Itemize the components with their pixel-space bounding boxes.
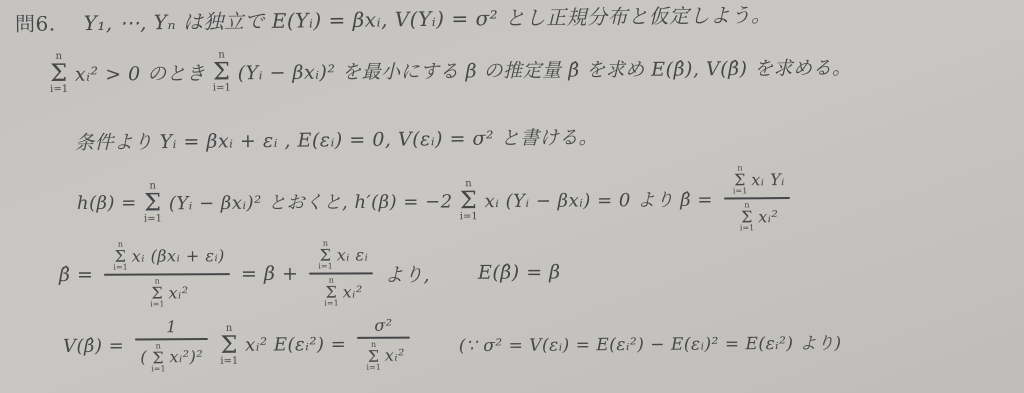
problem-number-label: 問6. (12, 7, 59, 37)
fraction-denominator: ( n Σ i=1 xᵢ² )² (135, 341, 208, 375)
denominator-text: xᵢ² (168, 284, 188, 302)
sigma-symbol: Σ (368, 348, 380, 363)
fraction-numerator: 1 (161, 317, 182, 337)
expansion-fraction: n Σ i=1 xᵢ (βxᵢ + εᵢ) n Σ i=1 xᵢ² (104, 239, 230, 310)
denominator-text: xᵢ² (343, 283, 363, 301)
variance-result-fraction: σ² n Σ i=1 xᵢ² (357, 316, 410, 373)
sum-lower-limit: i=1 (150, 301, 164, 309)
expectation-result-text: E(β̂) = β (475, 262, 564, 284)
numerator-text: σ² (374, 317, 392, 335)
model-assumption-text: 条件より Yᵢ = βxᵢ + εᵢ , E(εᵢ) = 0, V(εᵢ) = … (72, 122, 601, 155)
summation-operator: n Σ i=1 (459, 179, 477, 222)
denominator-text: xᵢ² (169, 348, 189, 366)
beta-plus-text: = β + (238, 263, 302, 285)
paren-open: ( (140, 349, 147, 367)
error-term-fraction: n Σ i=1 xᵢ εᵢ n Σ i=1 xᵢ² (309, 238, 373, 309)
sum-lower-limit: i=1 (366, 364, 380, 372)
beta-hat-equals-text: β̂ = (56, 264, 97, 286)
numerator-text: 1 (166, 318, 177, 336)
sum-lower-limit: i=1 (220, 357, 238, 367)
summation-operator: n Σ i=1 (151, 342, 166, 373)
fraction-denominator: n Σ i=1 xᵢ² (315, 276, 368, 309)
fraction-denominator: n Σ i=1 xᵢ² (731, 200, 784, 234)
sum-lower-limit: i=1 (324, 300, 338, 308)
problem-condition-line: n Σ i=1 xᵢ² > 0 のとき n Σ i=1 (Yᵢ − βxᵢ)² … (46, 45, 855, 95)
variance-middle-text: xᵢ² E(εᵢ²) = (242, 334, 349, 356)
fraction-numerator: n Σ i=1 xᵢ Yᵢ (724, 163, 790, 197)
sum-lower-limit: i=1 (144, 214, 162, 224)
problem-statement-line: 問6. Y₁, ⋯, Yₙ は独立で E(Yᵢ) = βxᵢ, V(Yᵢ) = … (12, 0, 775, 37)
model-assumption-line: 条件より Yᵢ = βxᵢ + εᵢ , E(εᵢ) = 0, V(εᵢ) = … (72, 122, 601, 155)
summation-operator: n Σ i=1 (740, 201, 755, 232)
fraction-numerator: n Σ i=1 xᵢ (βxᵢ + εᵢ) (104, 239, 230, 273)
derivative-text: (Yᵢ − βxᵢ)² とおくと, h′(β) = −2 (166, 188, 456, 216)
summation-operator: n Σ i=1 (113, 241, 128, 272)
summation-operator: n Σ i=1 (150, 278, 165, 309)
summation-operator: n Σ i=1 (366, 340, 381, 371)
summation-operator: n Σ i=1 (50, 52, 68, 95)
fraction-bar (104, 273, 230, 276)
variance-equals-text: V(β̂) = (60, 335, 127, 356)
fraction-numerator: σ² (369, 316, 397, 336)
fraction-denominator: n Σ i=1 xᵢ² (357, 339, 410, 373)
sigma-symbol: Σ (151, 286, 163, 301)
summation-operator: n Σ i=1 (220, 324, 238, 367)
expectation-line: β̂ = n Σ i=1 xᵢ (βxᵢ + εᵢ) n Σ i=1 xᵢ² =… (56, 237, 564, 310)
numerator-text: xᵢ εᵢ (337, 246, 369, 264)
sigma-symbol: Σ (115, 249, 127, 264)
sum-lower-limit: i=1 (151, 365, 165, 373)
fraction-bar (357, 336, 410, 338)
sigma-symbol: Σ (220, 334, 238, 357)
sigma-symbol: Σ (460, 189, 478, 212)
paren-close-squared: )² (190, 348, 204, 366)
fraction-bar (309, 273, 373, 275)
denominator-text: xᵢ² (385, 347, 405, 365)
numerator-text: xᵢ Yᵢ (751, 171, 785, 189)
summation-operator: n Σ i=1 (318, 240, 333, 271)
sigma-symbol: Σ (152, 350, 164, 365)
sum-lower-limit: i=1 (460, 212, 478, 222)
sigma-symbol: Σ (50, 62, 68, 85)
problem-statement-text: Y₁, ⋯, Yₙ は独立で E(Yᵢ) = βxᵢ, V(Yᵢ) = σ² と… (80, 0, 774, 36)
sum-lower-limit: i=1 (213, 83, 231, 93)
estimator-equation-text: xᵢ (Yᵢ − βxᵢ) = 0 より β̂ = (481, 186, 716, 214)
derivation-line: h(β) = n Σ i=1 (Yᵢ − βxᵢ)² とおくと, h′(β) =… (74, 163, 798, 238)
notebook-page: { "page": { "paper_color": "#c5c3bf", "i… (0, 0, 1024, 393)
objective-text: (Yᵢ − βxᵢ)² を最小にする β の推定量 β̂ を求め E(β̂), … (235, 53, 855, 85)
sum-lower-limit: i=1 (318, 263, 332, 271)
sigma-symbol: Σ (325, 285, 337, 300)
therefore-text: より, (381, 260, 433, 287)
summation-operator: n Σ i=1 (324, 277, 339, 308)
h-definition-text: h(β) = (74, 192, 140, 213)
sum-lower-limit: i=1 (113, 264, 127, 272)
sigma-symbol: Σ (320, 248, 332, 263)
variance-coefficient-fraction: 1 ( n Σ i=1 xᵢ² )² (135, 317, 208, 374)
variance-line: V(β̂) = 1 ( n Σ i=1 xᵢ² )² n Σ i=1 xᵢ² E… (60, 313, 845, 375)
estimator-fraction: n Σ i=1 xᵢ Yᵢ n Σ i=1 xᵢ² (724, 163, 790, 234)
fraction-denominator: n Σ i=1 xᵢ² (141, 276, 194, 309)
summation-operator: n Σ i=1 (213, 50, 231, 93)
sigma-symbol: Σ (734, 172, 746, 187)
numerator-text: xᵢ (βxᵢ + εᵢ) (132, 247, 225, 265)
sigma-symbol: Σ (741, 209, 753, 224)
denominator-text: xᵢ² (758, 208, 778, 226)
because-note-text: (∵ σ² = V(εᵢ) = E(εᵢ²) − E(εᵢ)² = E(εᵢ²)… (456, 328, 845, 356)
condition-text: xᵢ² > 0 のとき (72, 58, 209, 86)
sigma-symbol: Σ (213, 60, 231, 83)
sum-lower-limit: i=1 (733, 187, 747, 195)
sum-lower-limit: i=1 (50, 85, 68, 95)
fraction-numerator: n Σ i=1 xᵢ εᵢ (309, 238, 373, 272)
sum-lower-limit: i=1 (740, 225, 754, 233)
summation-operator: n Σ i=1 (733, 164, 748, 195)
summation-operator: n Σ i=1 (144, 181, 162, 224)
sigma-symbol: Σ (144, 191, 162, 214)
